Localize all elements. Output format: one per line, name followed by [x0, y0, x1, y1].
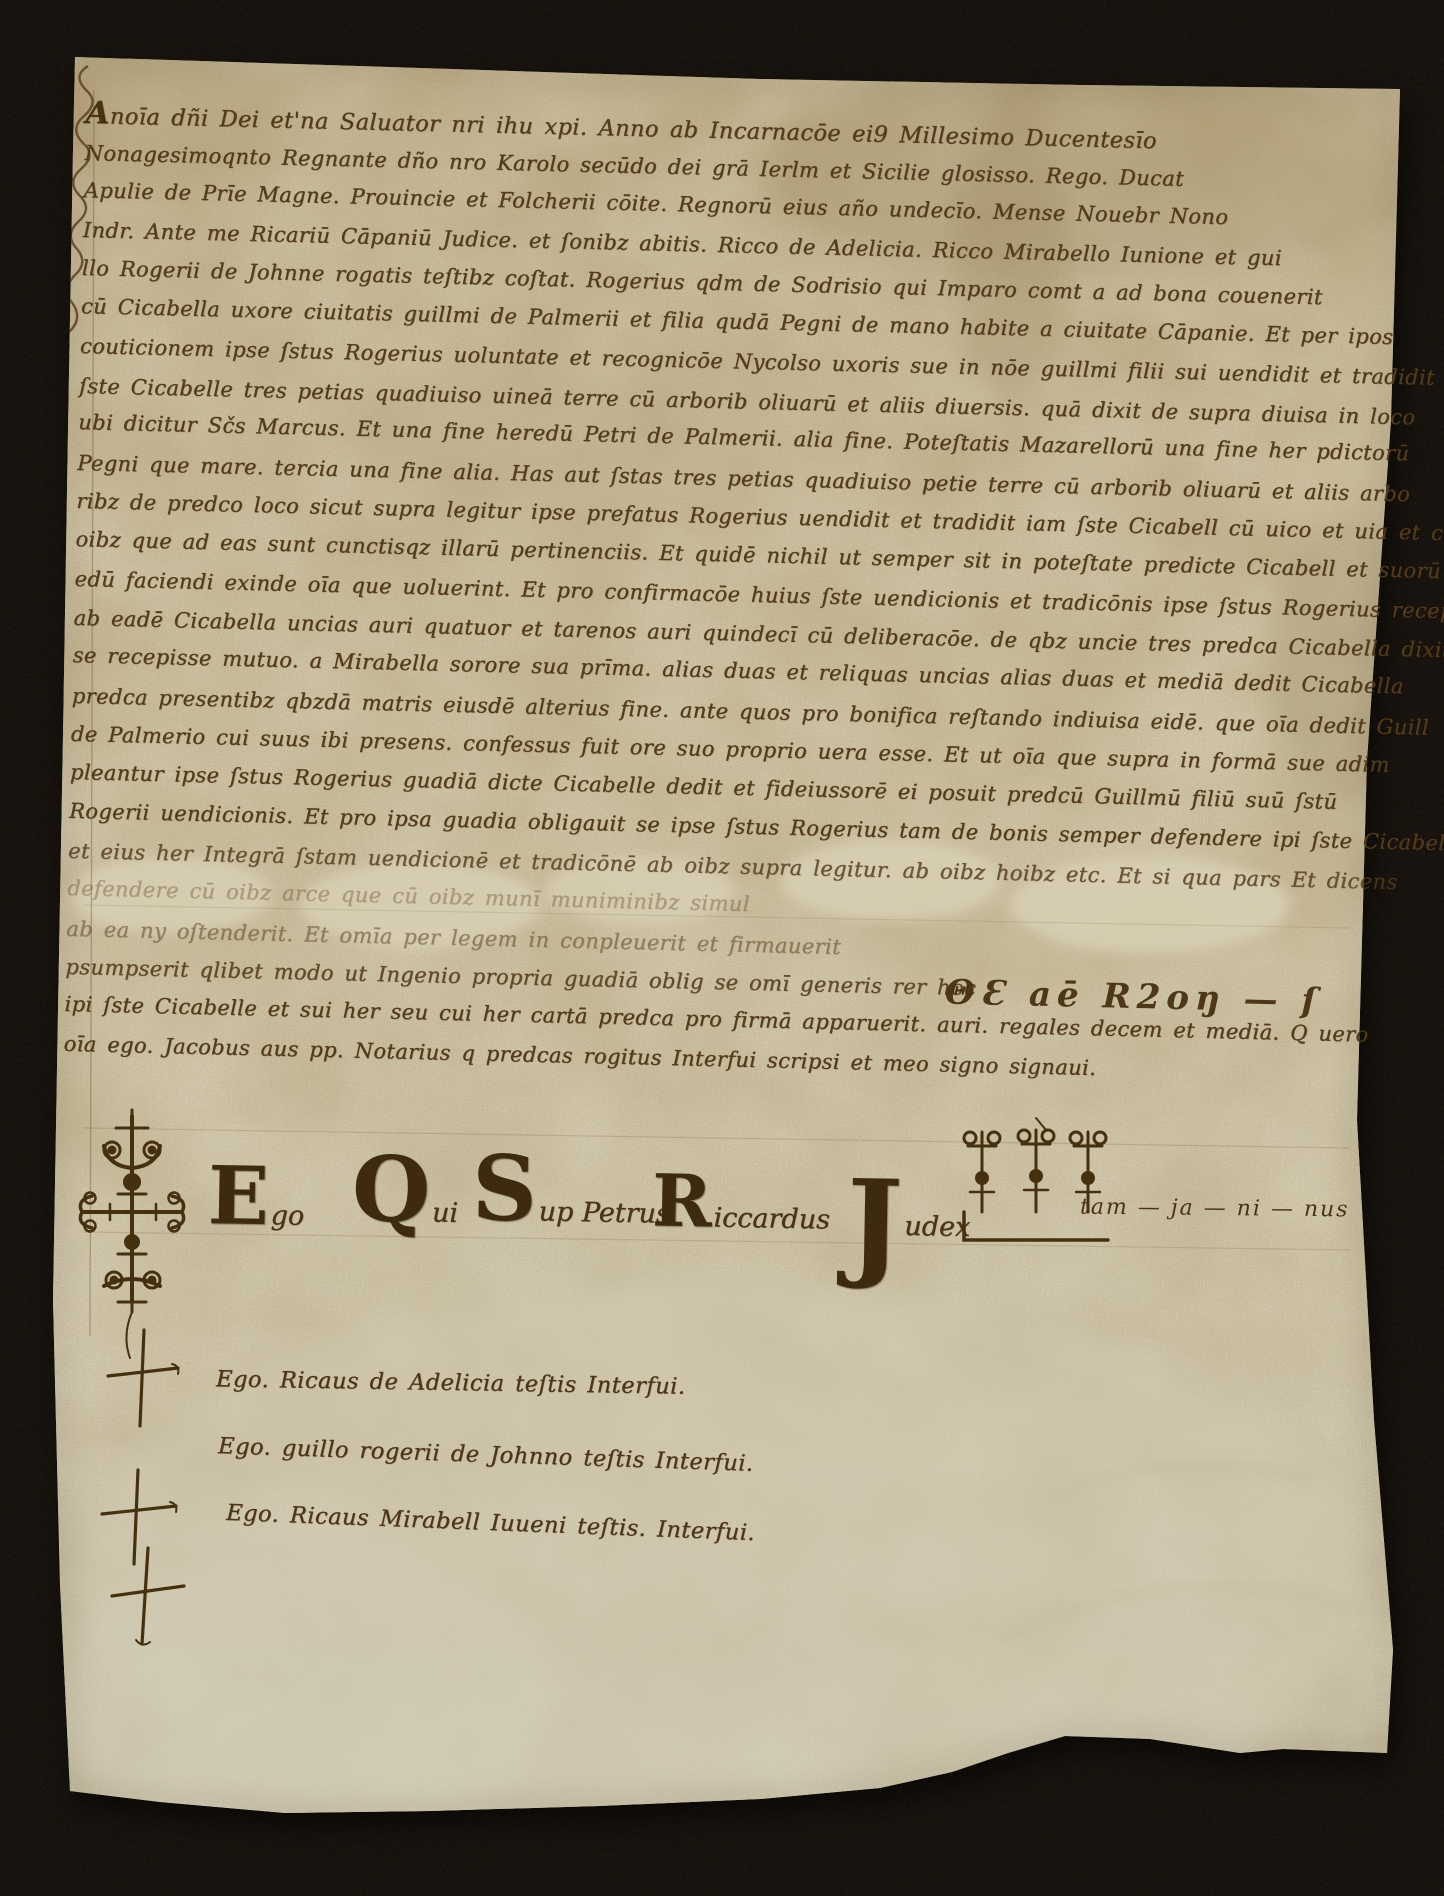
notary-initial: E: [207, 1159, 269, 1232]
notary-word-rest: go: [270, 1200, 304, 1232]
triple-cross-icon: [948, 1116, 1126, 1268]
witness-cross-icon: [106, 1540, 186, 1650]
charter-body: Anoīa dñi Dei et'na Saluator nri ihu xpi…: [63, 94, 1375, 1094]
notary-word: S up Petrus: [471, 1148, 671, 1232]
notary-word-rest: ui: [432, 1197, 459, 1228]
witness-cross-icon: [102, 1324, 182, 1434]
notary-initial: Q: [351, 1149, 431, 1231]
parchment-photo: Anoīa dñi Dei et'na Saluator nri ihu xpi…: [0, 0, 1444, 1896]
notary-initial: R: [651, 1168, 712, 1234]
notary-word-rest: iccardus: [713, 1203, 830, 1236]
notary-word: E go: [207, 1159, 305, 1233]
notary-initial: S: [471, 1148, 537, 1230]
notary-word-rest: up Petrus: [538, 1196, 670, 1229]
notary-word: Q ui: [351, 1149, 459, 1232]
notary-initial: J: [846, 1181, 903, 1267]
notary-word: R iccardus: [651, 1168, 830, 1236]
notary-tail-text: tam — ja — ni — nus: [1080, 1195, 1350, 1223]
